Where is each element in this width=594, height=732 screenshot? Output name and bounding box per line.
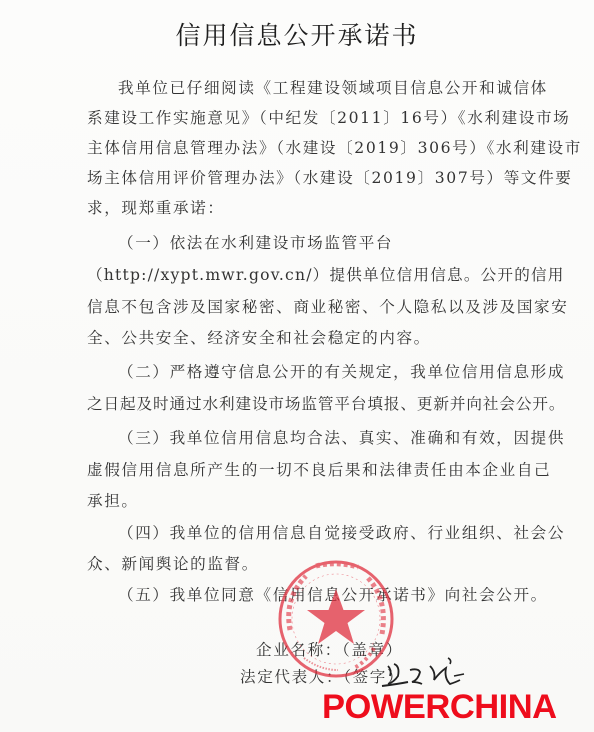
- intro-line: 场主体信用评价管理办法》（水建设〔2019〕307号）等文件要: [87, 168, 573, 188]
- intro-line: 系建设工作实施意见》（中纪发〔2011〕16号）《水利建设市场: [87, 108, 570, 128]
- powerchina-logo: POWERCHINA: [322, 690, 557, 724]
- intro-line: 求，现郑重承诺：: [87, 198, 225, 218]
- commitment-item-4-line: （四）我单位的信用信息自觉接受政府、行业组织、社会公: [118, 523, 565, 543]
- commitment-item-3-line: （三）我单位信用信息均合法、真实、准确和有效，因提供: [118, 428, 565, 448]
- commitment-item-5-line: （五）我单位同意《信用信息公开承诺书》向社会公开。: [118, 585, 548, 605]
- commitment-item-1-line: （一）依法在水利建设市场监管平台: [118, 233, 393, 253]
- commitment-item-2-line: （二）严格遵守信息公开的有关规定，我单位信用信息形成: [118, 362, 565, 382]
- commitment-item-1-line: 全、公共安全、经济安全和社会稳定的内容。: [87, 328, 431, 348]
- commitment-item-3-line: 虚假信用信息所产生的一切不良后果和法律责任由本企业自己: [87, 460, 551, 480]
- intro-line: 主体信用信息管理办法》（水建设〔2019〕306号）《水利建设市: [87, 138, 582, 158]
- commitment-item-3-line: 承担。: [87, 491, 139, 511]
- commitment-item-4-line: 众、新闻舆论的监督。: [87, 554, 259, 574]
- intro-line: 我单位已仔细阅读《工程建设领域项目信息公开和诚信体: [118, 78, 548, 98]
- commitment-item-1-line: （http://xypt.mwr.gov.cn/）提供单位信用信息。公开的信用: [87, 265, 565, 285]
- document-title: 信用信息公开承诺书: [0, 20, 594, 52]
- document-page: 信用信息公开承诺书 我单位已仔细阅读《工程建设领域项目信息公开和诚信体 系建设工…: [0, 0, 594, 732]
- commitment-item-1-line: 信息不包含涉及国家秘密、商业秘密、个人隐私以及涉及国家安: [87, 297, 568, 317]
- commitment-item-2-line: 之日起及时通过水利建设市场监管平台填报、更新并向社会公开。: [87, 394, 565, 414]
